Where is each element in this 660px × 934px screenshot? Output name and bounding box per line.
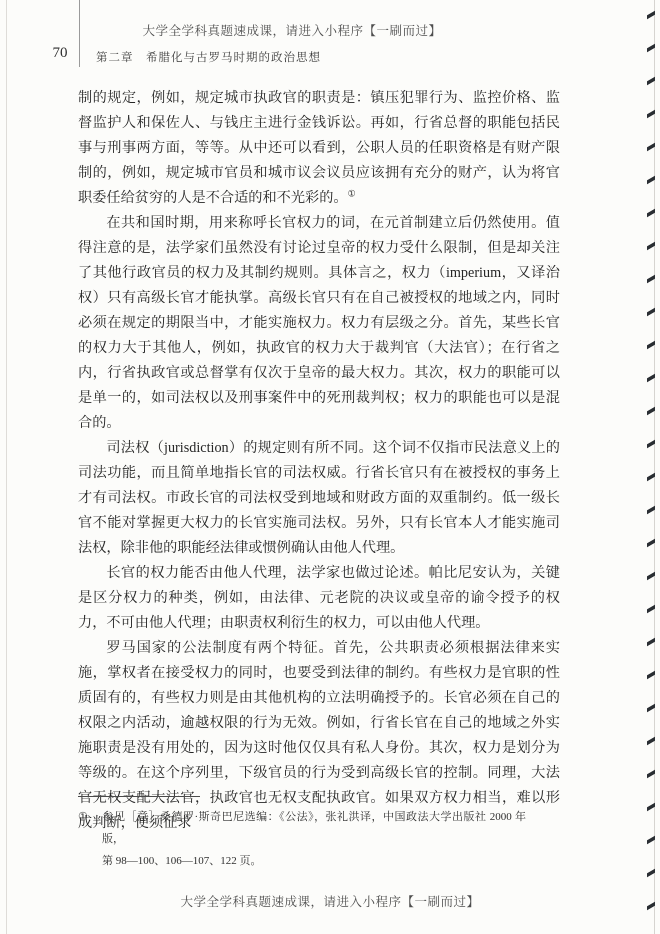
header-divider-line	[79, 0, 80, 67]
bottom-banner: 大学全学科真题速成课，请进入小程序【一刷而过】	[180, 892, 479, 910]
body-text: 制的规定，例如，规定城市执政官的职责是：镇压犯罪行为、监控价格、监督监护人和保佐…	[78, 86, 560, 836]
page-number: 70	[46, 45, 74, 62]
binding-tick-marks	[647, 0, 655, 934]
book-page: 大学全学科真题速成课，请进入小程序【一刷而过】 70 第二章 希腊化与古罗马时期…	[0, 0, 660, 934]
paragraph-1: 制的规定，例如，规定城市执政官的职责是：镇压犯罪行为、监控价格、监督监护人和保佐…	[78, 86, 560, 211]
footnote-line-1-text: 参见［意］桑德罗·斯奇巴尼选编：《公法》，张礼洪译，中国政法大学出版社 2000…	[102, 811, 526, 845]
footnote-line-1: ①参见［意］桑德罗·斯奇巴尼选编：《公法》，张礼洪译，中国政法大学出版社 200…	[78, 806, 526, 850]
footnote-marker: ①	[78, 806, 102, 828]
footnote-line-2: 第 98—100、106—107、122 页。	[78, 850, 526, 872]
paragraph-4: 长官的权力能否由他人代理，法学家也做过论述。帕比尼安认为，关键是区分权力的种类，…	[78, 561, 560, 636]
paragraph-2: 在共和国时期，用来称呼长官权力的词，在元首制建立后仍然使用。值得注意的是，法学家…	[78, 211, 560, 436]
paragraph-3: 司法权（jurisdiction）的规定则有所不同。这个词不仅指市民法意义上的司…	[78, 436, 560, 561]
top-banner: 大学全学科真题速成课，请进入小程序【一刷而过】	[142, 21, 441, 39]
footnote: ①参见［意］桑德罗·斯奇巴尼选编：《公法》，张礼洪译，中国政法大学出版社 200…	[78, 806, 526, 872]
paragraph-1-text: 制的规定，例如，规定城市执政官的职责是：镇压犯罪行为、监控价格、监督监护人和保佐…	[78, 90, 560, 206]
page-left-edge-line	[6, 0, 7, 934]
footnote-ref-1: ①	[348, 188, 356, 198]
footnote-separator-line	[78, 796, 200, 797]
chapter-title: 第二章 希腊化与古罗马时期的政治思想	[96, 49, 321, 65]
